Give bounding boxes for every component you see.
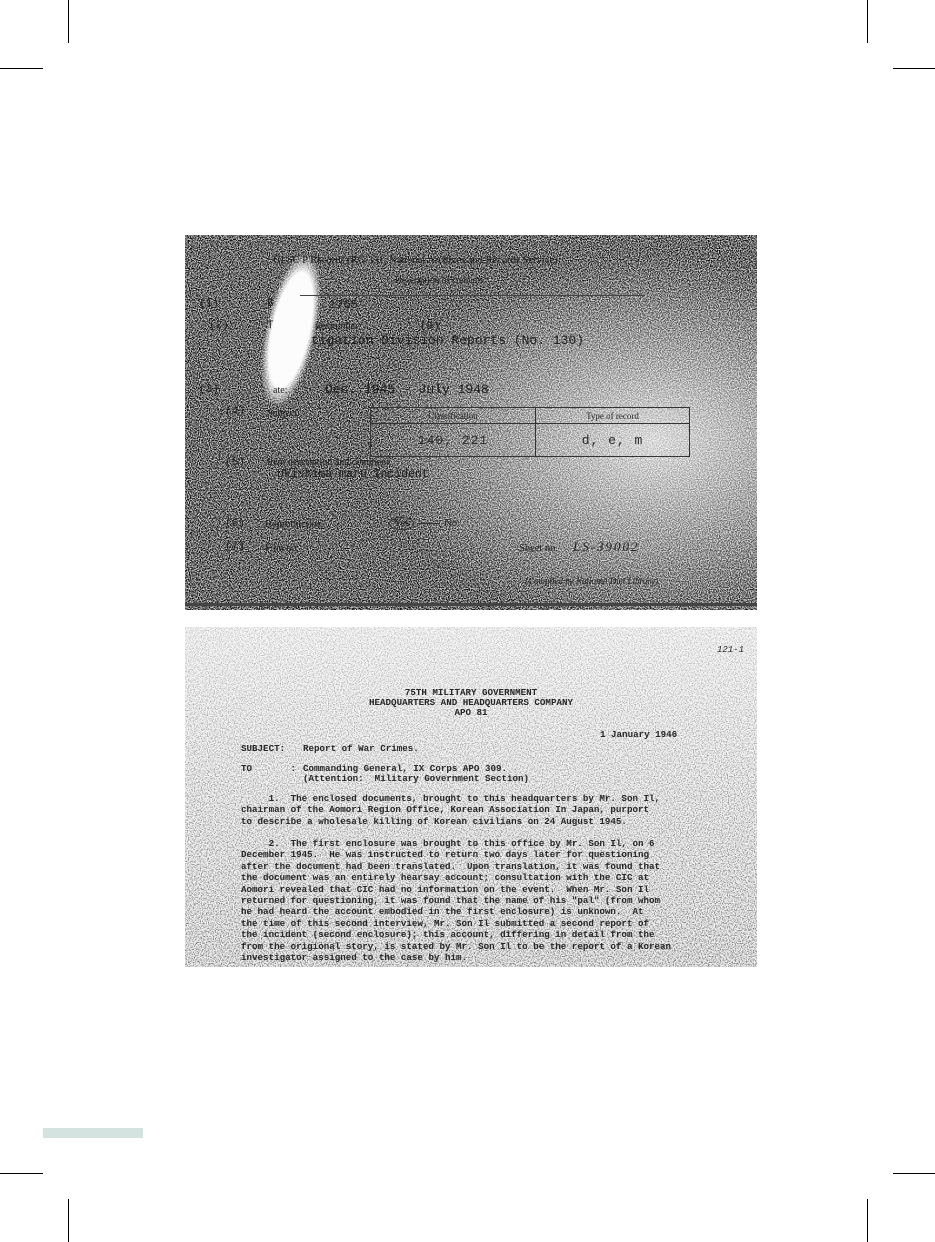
table-header-classification: Classification (371, 408, 536, 424)
field-5-value: Ukishima-maru Incident (277, 468, 429, 481)
archive-stamp-number: 121-1 (717, 645, 744, 656)
sheet-no-caption: Sheet no. (519, 543, 558, 554)
letter-date: 1 January 1946 (600, 729, 677, 740)
field-1-prefix: B (267, 298, 274, 310)
field-4-label: (4) (225, 406, 245, 418)
scan-description-card: GI SC P Records (RG 331, National Archiv… (185, 235, 757, 610)
field-3-value: Dec. 1945 - July 1948 (325, 382, 489, 397)
compiled-by-note: (Compiled by National Diet Library) (525, 576, 658, 586)
field-7-caption: Film no. (265, 543, 299, 554)
footer-color-bar (43, 1128, 143, 1138)
field-2-caption-prefix: T (267, 320, 274, 332)
field-9-label: (9) (420, 321, 440, 333)
table-cell-classification: 140, 221 (371, 424, 536, 456)
crop-mark-bottom-left-horizontal (0, 1173, 43, 1174)
field-2-value: tigation Division Reports (No. 130) (311, 333, 584, 348)
to-value-line-2: (Attention: Military Government Section) (303, 773, 529, 784)
field-6-label: (6) (225, 518, 245, 530)
card-header: GI SC P Records (RG 331, National Archiv… (273, 255, 558, 266)
field-3-label: (3) (199, 384, 219, 396)
paragraph-1: 1. The enclosed documents, brought to th… (241, 793, 741, 827)
field-3-caption: ate: (273, 385, 287, 396)
subject-value: Report of War Crimes. (303, 743, 419, 754)
field-1-label: (1) (199, 298, 219, 310)
reproduction-yes-circled: Yes (389, 517, 414, 530)
crop-mark-top-right-horizontal (893, 68, 935, 69)
field-1-value: 1765 (329, 298, 358, 312)
classification-table: Classification Type of record 140, 221 d… (370, 407, 690, 457)
card-subtitle: Description of contents (395, 276, 484, 286)
to-label: TO : (241, 763, 296, 774)
field-5-label: (5) (225, 457, 245, 469)
field-2-caption: tle/number (315, 321, 358, 332)
arrow-line (418, 523, 440, 524)
crop-mark-bottom-right-vertical (867, 1199, 868, 1242)
reproduction-no: No (444, 518, 457, 529)
reproduction-options: YesNo (389, 518, 457, 529)
crop-mark-bottom-left-vertical (68, 1199, 69, 1242)
field-4-caption: Subject: (267, 408, 300, 419)
scan-military-letter: 121-1 75TH MILITARY GOVERNMENT HEADQUART… (185, 627, 757, 967)
sheet-no-value: LS-39002 (573, 539, 640, 555)
field-5-caption: Item description and comment: (267, 457, 392, 468)
field-6-caption: Reproduction (265, 519, 322, 530)
letterhead-line-3: APO 81 (185, 707, 757, 718)
crop-mark-bottom-right-horizontal (893, 1173, 935, 1174)
card-divider (300, 295, 645, 296)
crop-mark-top-left-horizontal (0, 68, 43, 69)
paragraph-2: 2. The first enclosure was brought to th… (241, 838, 741, 963)
table-cell-type-of-record: d, e, m (536, 424, 689, 456)
crop-mark-top-left-vertical (68, 0, 69, 43)
crop-mark-top-right-vertical (867, 0, 868, 43)
table-header-type-of-record: Type of record (536, 408, 689, 424)
field-2-label: (2) (209, 320, 229, 332)
field-7-label: (7) (225, 541, 245, 553)
subject-label: SUBJECT: (241, 743, 285, 754)
